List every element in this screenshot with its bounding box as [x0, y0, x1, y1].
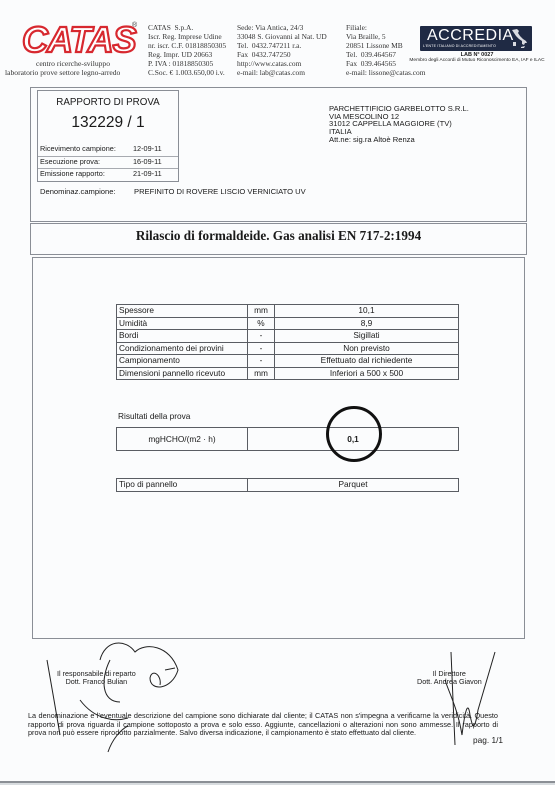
- property-value: Effettuato dal richiedente: [275, 355, 459, 368]
- date-label-execution: Esecuzione prova:: [40, 157, 100, 166]
- table-row: Campionamento-Effettuato dal richiedente: [117, 355, 459, 368]
- sample-name-label: Denominaz.campione:: [40, 187, 116, 196]
- accredia-subtitle: L'ENTE ITALIANO DI ACCREDITAMENTO: [423, 44, 496, 48]
- panel-type-label: Tipo di pannello: [117, 479, 248, 492]
- property-unit: mm: [248, 305, 275, 318]
- catas-logo: CATAS: [22, 20, 130, 60]
- date-label-received: Ricevimento campione:: [40, 144, 116, 153]
- disclaimer-text: La denominazione e l'eventuale descrizio…: [28, 712, 498, 738]
- property-value: Sigillati: [275, 330, 459, 343]
- property-unit: mm: [248, 367, 275, 380]
- property-name: Bordi: [117, 330, 248, 343]
- client-address: PARCHETTIFICIO GARBELOTTO S.R.L. VIA MES…: [329, 105, 469, 144]
- property-unit: %: [248, 317, 275, 330]
- highlight-circle: [326, 406, 382, 462]
- branch-address: Filiale: Via Braille, 5 20851 Lissone MB…: [346, 24, 425, 77]
- property-name: Condizionamento dei provini: [117, 342, 248, 355]
- property-value: Non previsto: [275, 342, 459, 355]
- report-info-box: RAPPORTO DI PROVA 132229 / 1 Ricevimento…: [37, 90, 179, 182]
- accredia-badge: ACCREDIA L'ENTE ITALIANO DI ACCREDITAMEN…: [420, 26, 532, 51]
- page-number: pag. 1/1: [473, 735, 503, 745]
- property-value: 8,9: [275, 317, 459, 330]
- table-row: Spessoremm10,1: [117, 305, 459, 318]
- property-unit: -: [248, 330, 275, 343]
- table-row: mgHCHO/(m2 · h) 0,1: [117, 428, 459, 451]
- table-row: Tipo di pannello Parquet: [117, 479, 459, 492]
- logo-tagline-2: laboratorio prove settore legno-arredo: [5, 68, 120, 77]
- property-value: 10,1: [275, 305, 459, 318]
- results-label: Risultati della prova: [118, 411, 190, 421]
- panel-type-table: Tipo di pannello Parquet: [116, 478, 459, 492]
- handwritten-signatures: [0, 640, 555, 760]
- report-number: 132229 / 1: [38, 114, 178, 132]
- property-name: Umidità: [117, 317, 248, 330]
- date-value-issue: 21-09-11: [133, 169, 162, 178]
- logo-tagline: centro ricerche-sviluppo: [36, 59, 110, 68]
- sample-name-value: PREFINITO DI ROVERE LISCIO VERNICIATO UV: [134, 187, 306, 196]
- property-name: Campionamento: [117, 355, 248, 368]
- property-value: Inferiori a 500 x 500: [275, 367, 459, 380]
- property-name: Spessore: [117, 305, 248, 318]
- result-unit: mgHCHO/(m2 · h): [117, 428, 248, 451]
- table-row: Bordi-Sigillati: [117, 330, 459, 343]
- headquarters-address: Sede: Via Antica, 24/3 33048 S. Giovanni…: [237, 24, 327, 77]
- accredia-name: ACCREDIA: [427, 27, 514, 45]
- report-title: RAPPORTO DI PROVA: [38, 97, 178, 108]
- signature-department-head: Il responsabile di reparto Dott. Franco …: [57, 670, 136, 687]
- signature-director: Il Direttore Dott. Andrea Giavon: [417, 670, 482, 687]
- accredia-member-text: Membro degli Accordi di Mutuo Riconoscim…: [404, 58, 550, 64]
- test-title-box: Rilascio di formaldeide. Gas analisi EN …: [30, 223, 527, 255]
- test-title: Rilascio di formaldeide. Gas analisi EN …: [31, 228, 526, 244]
- italy-map-icon: [510, 28, 528, 49]
- registered-mark: ®: [132, 22, 137, 29]
- date-value-received: 12-09-11: [133, 144, 162, 153]
- catas-logo-text: CATAS: [22, 20, 130, 60]
- date-value-execution: 16-09-11: [133, 157, 162, 166]
- company-info: CATAS S.p.A. Iscr. Reg. Imprese Udine nr…: [148, 24, 226, 77]
- table-row: Condizionamento dei provini-Non previsto: [117, 342, 459, 355]
- results-table: mgHCHO/(m2 · h) 0,1: [116, 427, 459, 451]
- date-label-issue: Emissione rapporto:: [40, 169, 105, 178]
- property-unit: -: [248, 342, 275, 355]
- property-unit: -: [248, 355, 275, 368]
- property-name: Dimensioni pannello ricevuto: [117, 367, 248, 380]
- table-row: Umidità%8,9: [117, 317, 459, 330]
- table-row: Dimensioni pannello ricevutommInferiori …: [117, 367, 459, 380]
- panel-type-value: Parquet: [248, 479, 459, 492]
- properties-table: Spessoremm10,1Umidità%8,9Bordi-Sigillati…: [116, 304, 459, 380]
